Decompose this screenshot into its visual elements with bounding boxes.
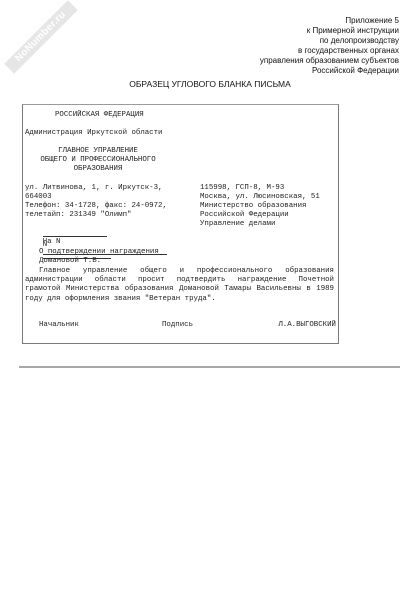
administration-name: Администрация Иркутской области <box>25 129 163 138</box>
appendix-line: к Примерной инструкции <box>260 26 399 36</box>
department-line: ГЛАВНОЕ УПРАВЛЕНИЕ <box>23 147 173 156</box>
recipient-line: Министерство образования <box>200 202 306 211</box>
recipient-line: Российской Федерации <box>200 211 289 220</box>
horizontal-divider <box>19 366 400 368</box>
signatory-name: Л.А.ВЫГОВСКИЙ <box>278 321 336 330</box>
recipient-line: 115998, ГСП-8, М-93 <box>200 184 284 193</box>
subject-line: Домановой Т.В. <box>39 257 101 266</box>
sender-phone: Телефон: 34-1728, факс: 24-0972, <box>25 202 167 211</box>
letter-body: Главное управление общего и профессионал… <box>25 267 334 304</box>
appendix-line: Российской Федерации <box>260 66 399 76</box>
appendix-line: Приложение 5 <box>260 16 399 26</box>
appendix-note: Приложение 5 к Примерной инструкции по д… <box>260 16 399 76</box>
subject-line: О подтверждении награждения <box>39 248 159 257</box>
signature-position: Начальник <box>39 321 79 330</box>
department-line: ОБРАЗОВАНИЯ <box>23 165 173 174</box>
recipient-line: Москва, ул. Люсиновская, 51 <box>200 193 320 202</box>
appendix-line: по делопроизводству <box>260 36 399 46</box>
appendix-line: в государственных органах <box>260 46 399 56</box>
recipient-line: Управление делами <box>200 220 275 229</box>
watermark: NoNumber.ru <box>4 0 78 74</box>
reply-label: На N <box>43 238 61 246</box>
sender-address-line: 664003 <box>25 193 52 202</box>
country-name: РОССИЙСКАЯ ФЕДЕРАЦИЯ <box>55 111 144 120</box>
sender-address-line: ул. Литвинова, 1, г. Иркутск-3, <box>25 184 163 193</box>
department-line: ОБЩЕГО И ПРОФЕССИОНАЛЬНОГО <box>23 156 173 165</box>
letter-blank: РОССИЙСКАЯ ФЕДЕРАЦИЯ Администрация Иркут… <box>22 104 339 344</box>
signature-placeholder: Подпись <box>162 321 193 330</box>
appendix-line: управления образованием субъектов <box>260 56 399 66</box>
document-title: ОБРАЗЕЦ УГЛОВОГО БЛАНКА ПИСЬМА <box>0 79 420 89</box>
sender-teletype: телетайп: 231349 "Олимп" <box>25 211 131 220</box>
